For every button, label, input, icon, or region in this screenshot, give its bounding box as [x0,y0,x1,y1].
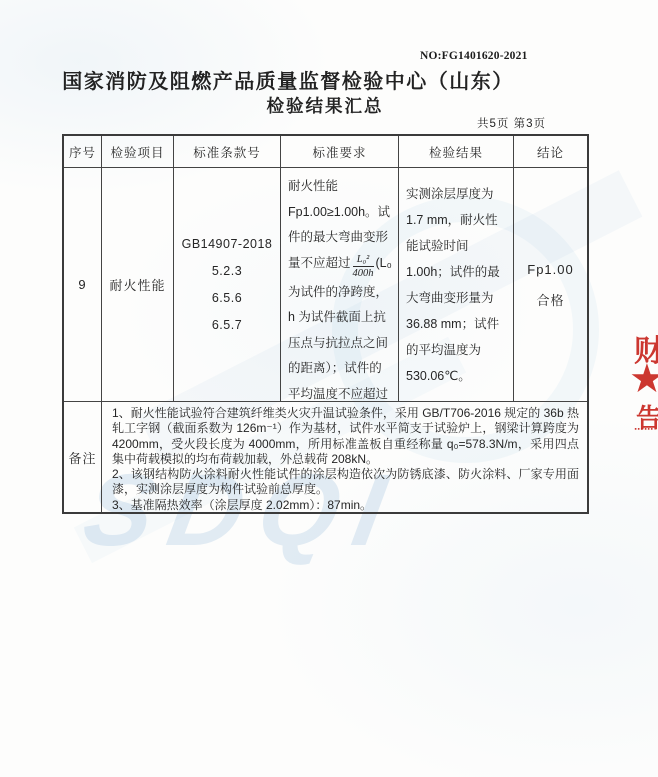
row-requirement: 耐火性能 Fp1.00≥1.00h。试件的最大弯曲变形量不应超过L₀²400h(… [281,168,399,402]
col-header-result: 检验结果 [399,136,514,168]
clause-line: 6.5.6 [212,285,242,312]
conclusion-pass: 合格 [536,285,564,316]
row-clauses: GB14907-2018 5.2.3 6.5.6 6.5.7 [174,168,281,402]
requirement-text-after: (L₀为试件的净跨度，h 为试件截面上抗压点与抗拉点之间的距离）；试件的平均温度… [288,256,392,403]
row-item: 耐火性能 [102,168,174,402]
clause-line: 6.5.7 [212,312,242,339]
report-number: NO:FG1401620-2021 [420,50,550,62]
clause-line: 5.2.3 [212,258,242,285]
col-header-requirement: 标准要求 [281,136,399,168]
result-text: 实测涂层厚度为 1.7 mm，耐火性能试验时间 1.00h；试件的最大弯曲变形量… [406,181,506,389]
seal-microtext-dots: ⋯⋯ [634,424,654,435]
fraction-denominator: 400h [353,267,374,280]
row-seq: 9 [64,168,102,402]
clause-line: GB14907-2018 [182,231,273,258]
row-conclusion: Fp1.00 合格 [514,168,587,402]
remark-content: 1、耐火性能试验符合建筑纤维类火灾升温试验条件，采用 GB/T706-2016 … [102,402,587,512]
document-title: 检验结果汇总 [0,93,650,118]
col-header-item: 检验项目 [102,136,174,168]
center-name-title: 国家消防及阻燃产品质量监督检验中心（山东） [0,65,576,94]
col-header-seq: 序号 [64,136,102,168]
remark-item-3: 3、基准隔热效率（涂层厚度 2.02mm）：87min。 [112,498,579,512]
conclusion-rating: Fp1.00 [527,254,573,285]
results-table: 序号 检验项目 标准条款号 标准要求 检验结果 结论 9 耐火性能 GB1490… [62,134,589,514]
seal-star-icon: ★ [629,356,658,402]
row-result: 实测涂层厚度为 1.7 mm，耐火性能试验时间 1.00h；试件的最大弯曲变形量… [399,168,514,402]
page-indicator: 共5页 第3页 [420,115,546,131]
scanned-report-page: { "page": { "report_no": "NO:FG1401620-2… [0,0,658,777]
col-header-clause: 标准条款号 [174,136,281,168]
col-header-conclusion: 结论 [514,136,587,168]
requirement-fraction: L₀²400h [353,253,374,280]
fraction-numerator: L₀² [353,253,374,267]
remark-item-1: 1、耐火性能试验符合建筑纤维类火灾升温试验条件，采用 GB/T706-2016 … [112,406,579,467]
remark-label: 备注 [64,402,102,512]
remark-item-2: 2、该钢结构防火涂料耐火性能试件的涂层构造依次为防锈底漆、防火涂料、厂家专用面漆… [112,467,579,498]
